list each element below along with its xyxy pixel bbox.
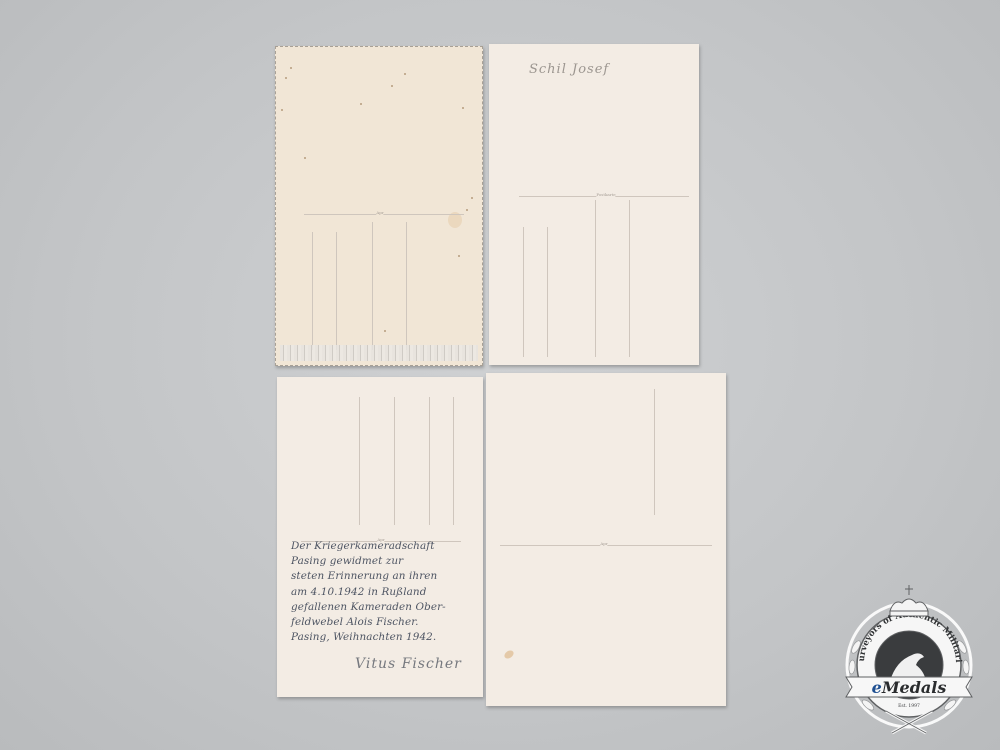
corner-stain	[503, 649, 515, 660]
signature: Vitus Fischer	[355, 656, 462, 672]
handwriting-line: steten Erinnerung an ihren	[291, 569, 481, 584]
center-label: Apr	[376, 210, 383, 215]
center-label: Postkarte	[596, 192, 615, 197]
emedals-crest-icon: Purveyors of Authentic Militaria eMedals…	[838, 577, 980, 739]
stamp-column-line	[595, 200, 596, 357]
center-label: Apr	[600, 541, 607, 546]
stamp-column-line	[406, 222, 407, 350]
postcard-bottom-left: Apr Der Kriegerkameradschaft Pasing gewi…	[277, 377, 483, 697]
emedals-watermark-logo: Purveyors of Authentic Militaria eMedals…	[838, 577, 980, 739]
stamp-column-line	[359, 397, 360, 525]
postcard-top-right: Schil Josef Postkarte	[489, 44, 699, 365]
stamp-column-line	[654, 389, 655, 515]
handwritten-dedication: Der Kriegerkameradschaft Pasing gewidmet…	[291, 539, 481, 645]
postcard-bottom-right: Apr	[486, 373, 726, 706]
stamp-column-line	[372, 222, 373, 350]
stamp-column-line	[429, 397, 430, 525]
handwriting-line: Pasing, Weihnachten 1942.	[291, 630, 481, 645]
svg-text:Est. 1997: Est. 1997	[898, 703, 920, 709]
stamp-column-line	[547, 227, 548, 357]
pencil-notation: Schil Josef	[529, 62, 609, 77]
handwriting-line: Der Kriegerkameradschaft	[291, 539, 481, 554]
stamp-column-line	[453, 397, 454, 525]
stamp-column-line	[523, 227, 524, 357]
handwriting-line: gefallenen Kameraden Ober-	[291, 600, 481, 615]
handwriting-line: Pasing gewidmet zur	[291, 554, 481, 569]
svg-text:eMedals: eMedals	[872, 678, 947, 697]
postcard-top-left: Apr	[275, 46, 483, 366]
handwriting-line: feldwebel Alois Fischer.	[291, 615, 481, 630]
stamp-column-line	[312, 232, 313, 350]
handwriting-line: am 4.10.1942 in Rußland	[291, 585, 481, 600]
edge-grime	[280, 345, 478, 361]
stamp-column-line	[394, 397, 395, 525]
stamp-column-line	[629, 200, 630, 357]
divider-line	[304, 214, 464, 215]
stamp-column-line	[336, 232, 337, 350]
